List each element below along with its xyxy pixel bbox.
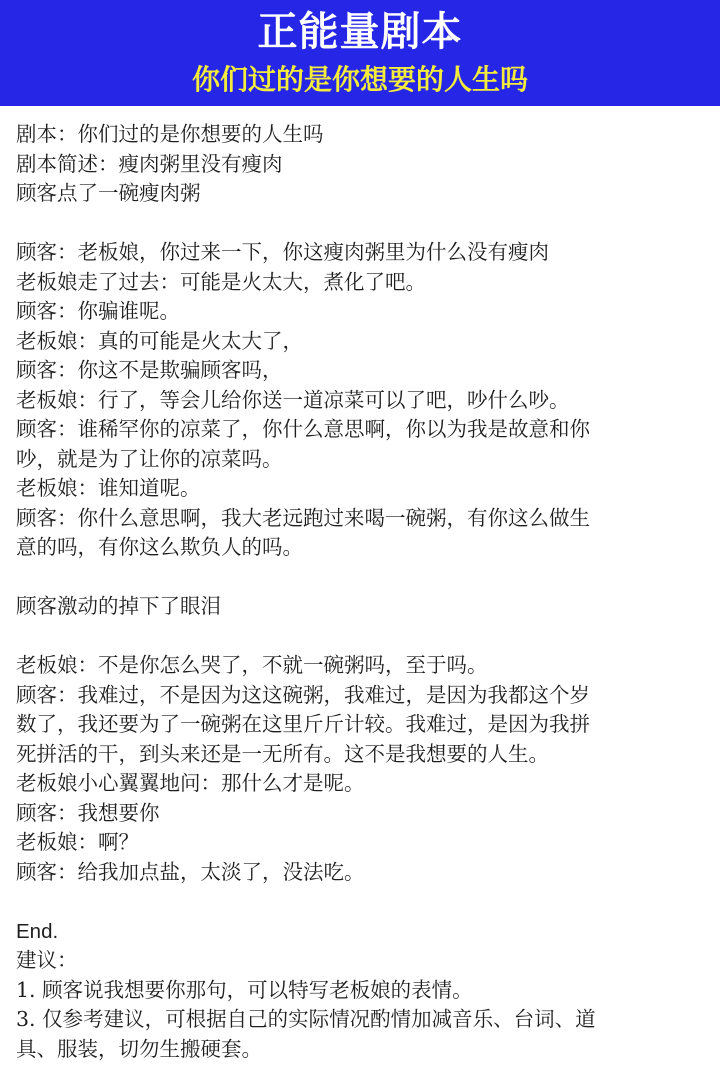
script-summary-line: 剧本简述：瘦肉粥里没有瘦肉 bbox=[16, 150, 706, 180]
dialogue-line: 数了，我还要为了一碗粥在这里斤斤计较。我难过，是因为我拼 bbox=[16, 710, 706, 740]
dialogue-line: 意的吗，有你这么欺负人的吗。 bbox=[16, 533, 706, 563]
stage-direction: 顾客激动的掉下了眼泪 bbox=[16, 592, 706, 622]
spacer bbox=[16, 563, 706, 593]
end-label: End. bbox=[16, 917, 706, 947]
dialogue-line: 顾客：我难过，不是因为这这碗粥，我难过，是因为我都这个岁 bbox=[16, 681, 706, 711]
dialogue-line: 死拼活的干，到头来还是一无所有。这不是我想要的人生。 bbox=[16, 740, 706, 770]
spacer bbox=[16, 622, 706, 652]
dialogue-block-2: 老板娘：不是你怎么哭了，不就一碗粥吗，至于吗。 顾客：我难过，不是因为这这碗粥，… bbox=[16, 651, 706, 887]
dialogue-block-1: 顾客：老板娘，你过来一下，你这瘦肉粥里为什么没有瘦肉 老板娘走了过去：可能是火太… bbox=[16, 238, 706, 563]
banner-subtitle: 你们过的是你想要的人生吗 bbox=[0, 60, 720, 100]
spacer bbox=[16, 209, 706, 239]
dialogue-line: 顾客：我想要你 bbox=[16, 799, 706, 829]
dialogue-line: 老板娘：啊？ bbox=[16, 828, 706, 858]
dialogue-line: 顾客：谁稀罕你的凉菜了，你什么意思啊，你以为我是故意和你 bbox=[16, 415, 706, 445]
suggestion-item: 具、服装，切勿生搬硬套。 bbox=[16, 1035, 706, 1065]
spacer bbox=[16, 887, 706, 917]
script-body: 剧本：你们过的是你想要的人生吗 剧本简述：瘦肉粥里没有瘦肉 顾客点了一碗瘦肉粥 … bbox=[16, 120, 706, 1064]
header-banner: 正能量剧本 你们过的是你想要的人生吗 bbox=[0, 0, 720, 106]
banner-title: 正能量剧本 bbox=[0, 6, 720, 58]
dialogue-line: 老板娘：谁知道呢。 bbox=[16, 474, 706, 504]
script-title-line: 剧本：你们过的是你想要的人生吗 bbox=[16, 120, 706, 150]
suggestions-heading: 建议： bbox=[16, 946, 706, 976]
dialogue-line: 吵，就是为了让你的凉菜吗。 bbox=[16, 445, 706, 475]
dialogue-line: 老板娘小心翼翼地问：那什么才是呢。 bbox=[16, 769, 706, 799]
dialogue-line: 顾客：你什么意思啊，我大老远跑过来喝一碗粥，有你这么做生 bbox=[16, 504, 706, 534]
dialogue-line: 老板娘：行了，等会儿给你送一道凉菜可以了吧，吵什么吵。 bbox=[16, 386, 706, 416]
dialogue-line: 老板娘走了过去：可能是火太大，煮化了吧。 bbox=[16, 268, 706, 298]
dialogue-line: 老板娘：不是你怎么哭了，不就一碗粥吗，至于吗。 bbox=[16, 651, 706, 681]
dialogue-line: 顾客：你这不是欺骗顾客吗， bbox=[16, 356, 706, 386]
suggestion-item: 3. 仅参考建议，可根据自己的实际情况酌情加减音乐、台词、道 bbox=[16, 1005, 706, 1035]
dialogue-line: 顾客：给我加点盐，太淡了，没法吃。 bbox=[16, 858, 706, 888]
dialogue-line: 顾客：老板娘，你过来一下，你这瘦肉粥里为什么没有瘦肉 bbox=[16, 238, 706, 268]
dialogue-line: 老板娘：真的可能是火太大了， bbox=[16, 327, 706, 357]
dialogue-line: 顾客：你骗谁呢。 bbox=[16, 297, 706, 327]
suggestion-item: 1. 顾客说我想要你那句，可以特写老板娘的表情。 bbox=[16, 976, 706, 1006]
script-setup-line: 顾客点了一碗瘦肉粥 bbox=[16, 179, 706, 209]
